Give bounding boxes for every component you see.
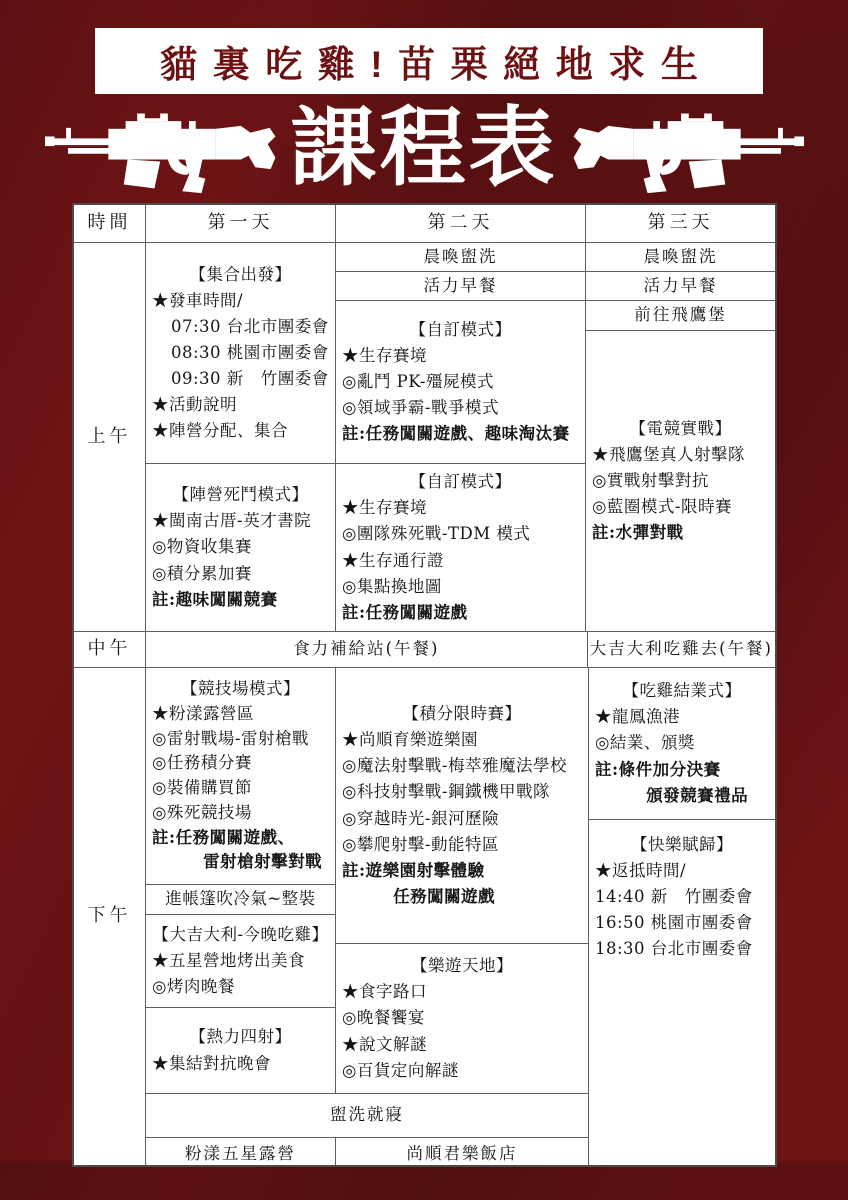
schedule-line: ★發車時間/ bbox=[152, 288, 329, 314]
cell-day1-party: 【熱力四射】★集結對抗晚會 bbox=[146, 1008, 335, 1093]
schedule-line: ★返抵時間/ bbox=[595, 858, 769, 884]
schedule-line: 【熱力四射】 bbox=[152, 1024, 329, 1050]
schedule-line: 註:趣味闖關競賽 bbox=[152, 587, 329, 613]
cell-day1-dinner: 【大吉大利-今晚吃雞】★五星營地烤出美食◎烤肉晚餐 bbox=[146, 915, 335, 1008]
schedule-line: ◎任務積分賽 bbox=[152, 751, 329, 776]
machine-gun-icon bbox=[43, 100, 287, 196]
schedule-line: ◎科技射擊戰-鋼鐵機甲戰隊 bbox=[342, 779, 582, 805]
schedule-line: 【集合出發】 bbox=[152, 262, 329, 288]
banner-title: 貓裏吃雞!苗栗絕地求生 bbox=[145, 34, 714, 88]
day1-morning-column: 【集合出發】★發車時間/07:30 台北市團委會08:30 桃園市團委會09:3… bbox=[146, 243, 336, 631]
cell-day2-fun-world: 【樂遊天地】★食字路口◎晚餐饗宴★說文解謎◎百貨定向解謎 bbox=[336, 944, 588, 1093]
schedule-line: 【自訂模式】 bbox=[342, 317, 579, 343]
schedule-line: ★龍鳳漁港 bbox=[595, 704, 769, 730]
schedule-line: 【快樂賦歸】 bbox=[595, 832, 769, 858]
cell-day1-deathmatch: 【陣營死鬥模式】★閩南古厝-英才書院◎物資收集賽◎積分累加賽註:趣味闖關競賽 bbox=[146, 464, 335, 631]
page-title: 課程表 bbox=[291, 105, 558, 191]
schedule-line: 註:水彈對戰 bbox=[592, 520, 769, 546]
schedule-line: ◎百貨定向解謎 bbox=[342, 1058, 582, 1084]
day2-morning-column: 晨喚盥洗 活力早餐 【自訂模式】★生存賽境◎亂鬥 PK-殭屍模式◎領域爭霸-戰爭… bbox=[336, 243, 586, 631]
schedule-table: 時間 第一天 第二天 第三天 上午 【集合出發】★發車時間/07:30 台北市團… bbox=[72, 203, 777, 1167]
schedule-line: 頒發競賽禮品 bbox=[595, 783, 769, 809]
banner: 貓裏吃雞!苗栗絕地求生 bbox=[95, 28, 763, 94]
schedule-line: ★閩南古厝-英才書院 bbox=[152, 508, 329, 534]
schedule-line: ★五星營地烤出美食 bbox=[152, 948, 329, 974]
table-header-row: 時間 第一天 第二天 第三天 bbox=[74, 205, 775, 243]
schedule-line: ★粉漾露營區 bbox=[152, 702, 329, 727]
morning-band: 上午 【集合出發】★發車時間/07:30 台北市團委會08:30 桃園市團委會0… bbox=[74, 243, 775, 632]
machine-gun-icon bbox=[562, 100, 806, 196]
schedule-line: 【大吉大利-今晚吃雞】 bbox=[152, 922, 329, 948]
cell-wash-sleep: 盥洗就寢 bbox=[146, 1094, 588, 1138]
schedule-line: ◎殊死競技場 bbox=[152, 801, 329, 826]
schedule-line: 18:30 台北市團委會 bbox=[595, 936, 769, 962]
schedule-line: ◎魔法射擊戰-梅萃雅魔法學校 bbox=[342, 753, 582, 779]
cell-day2-custom1: 【自訂模式】★生存賽境◎亂鬥 PK-殭屍模式◎領域爭霸-戰爭模式註:任務闖關遊戲… bbox=[336, 301, 585, 464]
cell-day2-score-race: 【積分限時賽】★尚順育樂遊樂園◎魔法射擊戰-梅萃雅魔法學校◎科技射擊戰-鋼鐵機甲… bbox=[336, 668, 588, 944]
schedule-line: 【競技場模式】 bbox=[152, 677, 329, 702]
schedule-line: ★說文解謎 bbox=[342, 1032, 582, 1058]
day3-afternoon-column: 【吃雞結業式】★龍鳳漁港◎結業、頒獎註:條件加分決賽頒發競賽禮品 【快樂賦歸】★… bbox=[589, 668, 775, 1165]
schedule-line: ★生存通行證 bbox=[342, 548, 579, 574]
schedule-line: 註:條件加分決賽 bbox=[595, 757, 769, 783]
day2-afternoon-column: 【積分限時賽】★尚順育樂遊樂園◎魔法射擊戰-梅萃雅魔法學校◎科技射擊戰-鋼鐵機甲… bbox=[336, 668, 588, 1093]
schedule-line: 07:30 台北市團委會 bbox=[152, 314, 329, 340]
schedule-line: ◎藍圈模式-限時賽 bbox=[592, 494, 769, 520]
schedule-line: 【積分限時賽】 bbox=[342, 701, 582, 727]
header-time: 時間 bbox=[74, 205, 146, 242]
cell-day3-esports: 【電競實戰】★飛鷹堡真人射擊隊◎實戰射擊對抗◎藍圈模式-限時賽註:水彈對戰 bbox=[586, 331, 775, 631]
cell-day1-departure: 【集合出發】★發車時間/07:30 台北市團委會08:30 桃園市團委會09:3… bbox=[146, 243, 335, 464]
afternoon-upper: 【競技場模式】★粉漾露營區◎雷射戰場-雷射槍戰◎任務積分賽◎裝備購買節◎殊死競技… bbox=[146, 668, 588, 1094]
time-label-noon: 中午 bbox=[74, 632, 146, 667]
schedule-line: ★集結對抗晚會 bbox=[152, 1051, 329, 1077]
schedule-line: ◎物資收集賽 bbox=[152, 534, 329, 560]
stay-row: 粉漾五星露營 尚順君樂飯店 bbox=[146, 1138, 588, 1165]
schedule-line: ★尚順育樂遊樂園 bbox=[342, 727, 582, 753]
cell-day2-breakfast: 活力早餐 bbox=[336, 272, 585, 301]
schedule-line: ◎雷射戰場-雷射槍戰 bbox=[152, 727, 329, 752]
schedule-line: 註:任務闖關遊戲、趣味淘汰賽 bbox=[342, 421, 579, 447]
schedule-line: ◎裝備購買節 bbox=[152, 776, 329, 801]
cell-day2-custom2: 【自訂模式】★生存賽境◎團隊殊死戰-TDM 模式★生存通行證◎集點換地圖註:任務… bbox=[336, 464, 585, 631]
schedule-line: ★飛鷹堡真人射擊隊 bbox=[592, 442, 769, 468]
schedule-line: ★生存賽境 bbox=[342, 343, 579, 369]
day1-day2-afternoon-area: 【競技場模式】★粉漾露營區◎雷射戰場-雷射槍戰◎任務積分賽◎裝備購買節◎殊死競技… bbox=[146, 668, 589, 1165]
header-day1: 第一天 bbox=[146, 205, 336, 242]
schedule-line: ◎晚餐饗宴 bbox=[342, 1005, 582, 1031]
schedule-line: 註:任務闖關遊戲、 bbox=[152, 826, 329, 851]
schedule-line: 【自訂模式】 bbox=[342, 469, 579, 495]
title-row: 課程表 bbox=[0, 98, 848, 198]
schedule-line: 【陣營死鬥模式】 bbox=[152, 482, 329, 508]
cell-day1-tent: 進帳篷吹冷氣~整裝 bbox=[146, 885, 335, 915]
cell-day2-wake: 晨喚盥洗 bbox=[336, 243, 585, 272]
schedule-line: 【電競實戰】 bbox=[592, 416, 769, 442]
schedule-line: ★生存賽境 bbox=[342, 495, 579, 521]
schedule-line: ◎團隊殊死戰-TDM 模式 bbox=[342, 521, 579, 547]
cell-day3-goto-eagle-fort: 前往飛鷹堡 bbox=[586, 301, 775, 331]
cell-lunch-day1-2: 食力補給站(午餐) bbox=[146, 632, 588, 667]
schedule-line: 註:任務闖關遊戲 bbox=[342, 600, 579, 626]
schedule-line: 14:40 新 竹團委會 bbox=[595, 884, 769, 910]
schedule-line: 【吃雞結業式】 bbox=[595, 678, 769, 704]
schedule-line: ◎攀爬射擊-動能特區 bbox=[342, 832, 582, 858]
schedule-line: ★食字路口 bbox=[342, 979, 582, 1005]
schedule-line: ★陣營分配、集合 bbox=[152, 418, 329, 444]
time-label-morning: 上午 bbox=[74, 243, 146, 631]
cell-day2-stay: 尚順君樂飯店 bbox=[336, 1138, 588, 1165]
schedule-line: 16:50 桃園市團委會 bbox=[595, 910, 769, 936]
cell-day3-return: 【快樂賦歸】★返抵時間/14:40 新 竹團委會16:50 桃園市團委會18:3… bbox=[589, 820, 775, 1165]
schedule-line: 08:30 桃園市團委會 bbox=[152, 340, 329, 366]
schedule-line: ◎實戰射擊對抗 bbox=[592, 468, 769, 494]
cell-lunch-day3: 大吉大利吃雞去(午餐) bbox=[588, 632, 776, 667]
header-day2: 第二天 bbox=[336, 205, 586, 242]
time-label-afternoon: 下午 bbox=[74, 668, 146, 1165]
day3-morning-column: 晨喚盥洗 活力早餐 前往飛鷹堡 【電競實戰】★飛鷹堡真人射擊隊◎實戰射擊對抗◎藍… bbox=[586, 243, 775, 631]
schedule-line: ★活動說明 bbox=[152, 392, 329, 418]
schedule-line: ◎積分累加賽 bbox=[152, 561, 329, 587]
schedule-line: 雷射槍射擊對戰 bbox=[152, 850, 329, 875]
schedule-line: ◎集點換地圖 bbox=[342, 574, 579, 600]
noon-band: 中午 食力補給站(午餐) 大吉大利吃雞去(午餐) bbox=[74, 632, 775, 668]
cell-day3-breakfast: 活力早餐 bbox=[586, 272, 775, 301]
schedule-line: 09:30 新 竹團委會 bbox=[152, 366, 329, 392]
schedule-line: ◎領域爭霸-戰爭模式 bbox=[342, 395, 579, 421]
schedule-line: ◎亂鬥 PK-殭屍模式 bbox=[342, 369, 579, 395]
cell-day1-arena: 【競技場模式】★粉漾露營區◎雷射戰場-雷射槍戰◎任務積分賽◎裝備購買節◎殊死競技… bbox=[146, 668, 335, 885]
schedule-line: ◎結業、頒獎 bbox=[595, 730, 769, 756]
cell-day3-closing: 【吃雞結業式】★龍鳳漁港◎結業、頒獎註:條件加分決賽頒發競賽禮品 bbox=[589, 668, 775, 820]
schedule-line: 【樂遊天地】 bbox=[342, 953, 582, 979]
cell-day3-wake: 晨喚盥洗 bbox=[586, 243, 775, 272]
cell-day1-stay: 粉漾五星露營 bbox=[146, 1138, 336, 1165]
afternoon-band: 下午 【競技場模式】★粉漾露營區◎雷射戰場-雷射槍戰◎任務積分賽◎裝備購買節◎殊… bbox=[74, 668, 775, 1165]
schedule-line: ◎烤肉晚餐 bbox=[152, 974, 329, 1000]
schedule-line: 任務闖關遊戲 bbox=[342, 884, 582, 910]
schedule-line: 註:遊樂園射擊體驗 bbox=[342, 858, 582, 884]
day1-afternoon-column: 【競技場模式】★粉漾露營區◎雷射戰場-雷射槍戰◎任務積分賽◎裝備購買節◎殊死競技… bbox=[146, 668, 336, 1093]
header-day3: 第三天 bbox=[586, 205, 775, 242]
poster-background: { "colors":{"background":"#701415","bann… bbox=[0, 0, 848, 1200]
schedule-line: ◎穿越時光-銀河歷險 bbox=[342, 806, 582, 832]
